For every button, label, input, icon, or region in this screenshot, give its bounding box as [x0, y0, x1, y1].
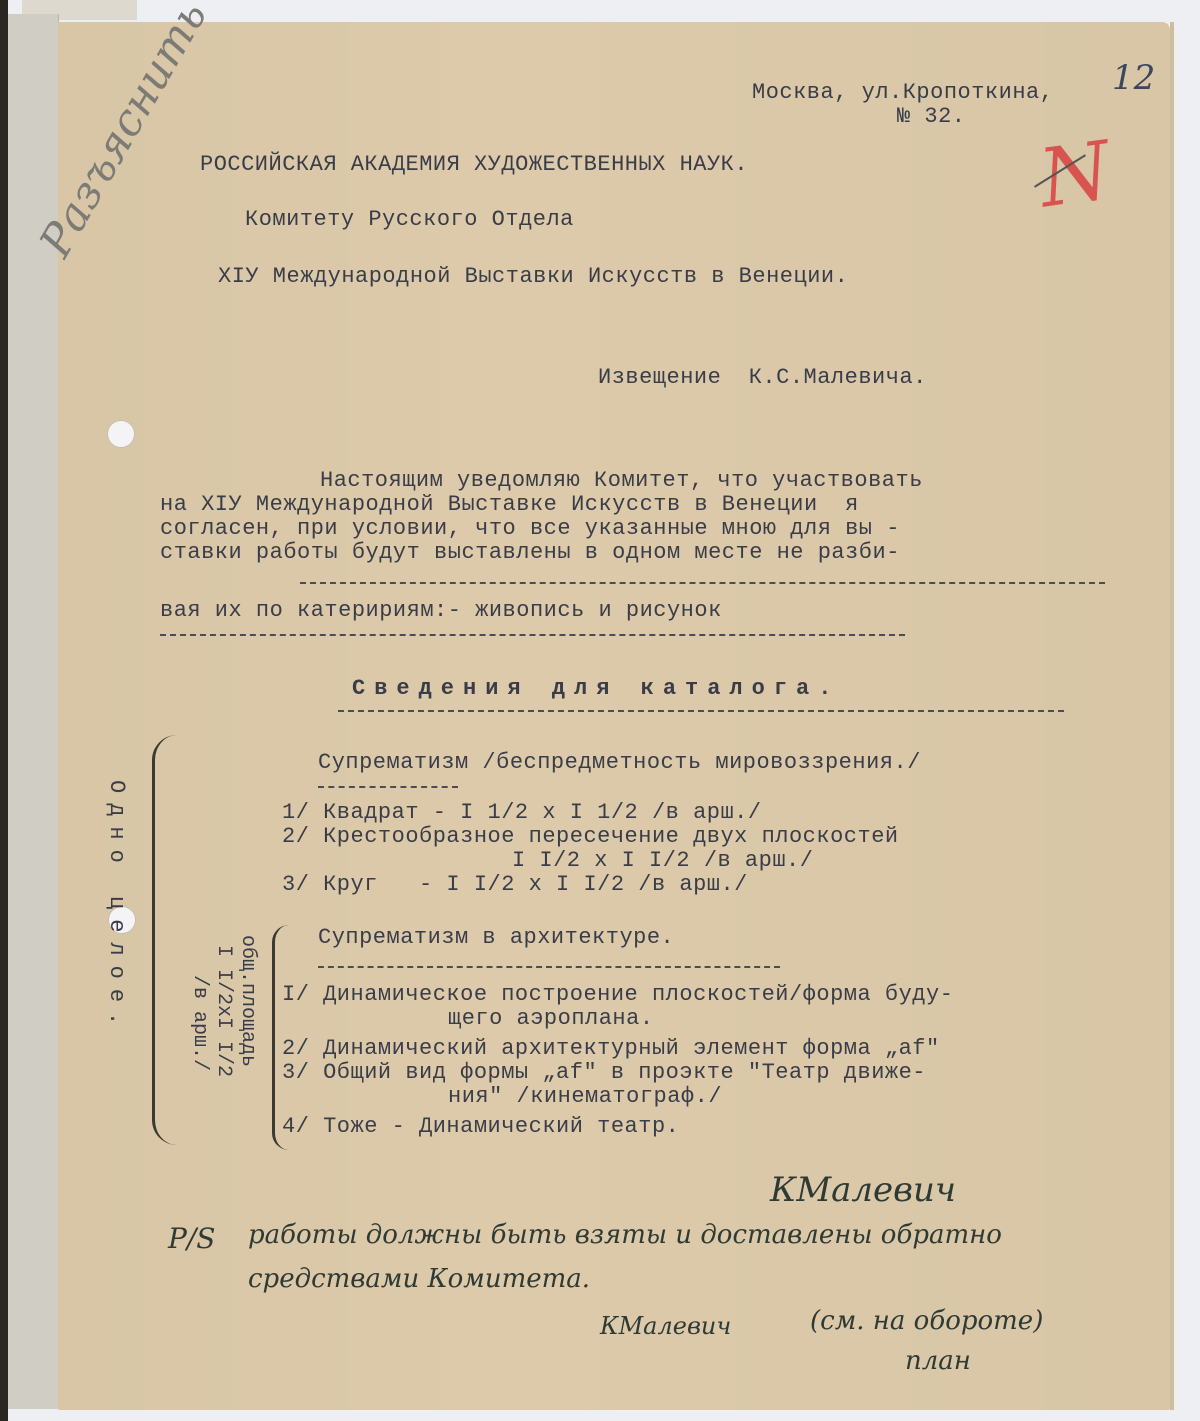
area-note-line-2: I I/2xI I/2: [212, 945, 235, 1077]
postscript-label: P/S: [168, 1222, 215, 1255]
section-2-title: Супрематизм в архитектуре.: [318, 925, 674, 950]
area-note-line-1: общ.площадь: [236, 935, 259, 1067]
section-2-item-4: 4/ Тоже - Динамический театр.: [282, 1114, 679, 1139]
institution-heading: РОССИЙСКАЯ АКАДЕМИЯ ХУДОЖЕСТВЕННЫХ НАУК.: [200, 152, 748, 177]
address-line-2: № 32.: [897, 104, 966, 129]
recipient-line-2: XIУ Международной Выставки Искусств в Ве…: [218, 264, 848, 289]
section-2-item-3-cont: ния" /кинематограф./: [448, 1084, 722, 1109]
catalog-heading: Сведения для каталога.: [352, 676, 840, 701]
reverse-note-line-1: (см. на обороте): [810, 1306, 1043, 1336]
underline-dashes: [338, 710, 1064, 712]
body-line-4: ставки работы будут выставлены в одном м…: [160, 540, 900, 565]
section-2-item-1-cont: щего аэроплана.: [448, 1006, 654, 1031]
document-page: [58, 22, 1170, 1410]
section-1-item-2-dims: I I/2 x I I/2 /в арш./: [512, 848, 813, 873]
binder-edge: [0, 0, 8, 1421]
red-pencil-mark: N: [1034, 124, 1116, 226]
archive-page-number: 12: [1112, 58, 1155, 98]
section-1-item-1: 1/ Квадрат - I 1/2 x I 1/2 /в арш./: [282, 800, 762, 825]
area-note-line-3: /в арш./: [188, 975, 211, 1071]
vertical-margin-note: Одно целое.: [104, 780, 129, 1035]
section-2-item-2: 2/ Динамический архитектурный элемент фо…: [282, 1036, 940, 1061]
section-2-item-1: I/ Динамическое построение плоскостей/фо…: [282, 982, 953, 1007]
body-line-2: на XIУ Международной Выставке Искусств в…: [160, 492, 859, 517]
recipient-line-1: Комитету Русского Отдела: [245, 207, 574, 232]
underline-dashes: [160, 634, 905, 636]
section-1-item-2: 2/ Крестообразное пересечение двух плоск…: [282, 824, 899, 849]
postscript-line-1: работы должны быть взяты и доставлены об…: [248, 1220, 1002, 1250]
signature: КМалевич: [770, 1170, 956, 1210]
brace-bracket: [152, 735, 177, 1145]
punch-hole-icon: [107, 420, 135, 448]
section-2-item-3: 3/ Общий вид формы „af" в проэкте "Театр…: [282, 1060, 926, 1085]
body-line-3: согласен, при условии, что все указанные…: [160, 516, 900, 541]
body-line-1: Настоящим уведомляю Комитет, что участво…: [320, 468, 923, 493]
underline-dashes: [300, 582, 1105, 584]
postscript-line-2: средствами Комитета.: [248, 1264, 590, 1294]
address-line-1: Москва, ул.Кропоткина,: [752, 80, 1053, 105]
page-edge: [1170, 22, 1174, 1410]
body-line-5: вая их по катеририям:- живопись и рисуно…: [160, 598, 722, 623]
section-1-item-3: 3/ Круг - I I/2 x I I/2 /в арш./: [282, 872, 748, 897]
underline-dashes: [318, 966, 780, 968]
subject-line: Извещение К.С.Малевича.: [598, 365, 927, 390]
reverse-note-line-2: план: [905, 1346, 971, 1376]
underline-dashes: [318, 786, 458, 788]
signature-2: КМалевич: [600, 1312, 731, 1340]
section-1-title: Супрематизм /беспредметность мировоззрен…: [318, 750, 921, 775]
